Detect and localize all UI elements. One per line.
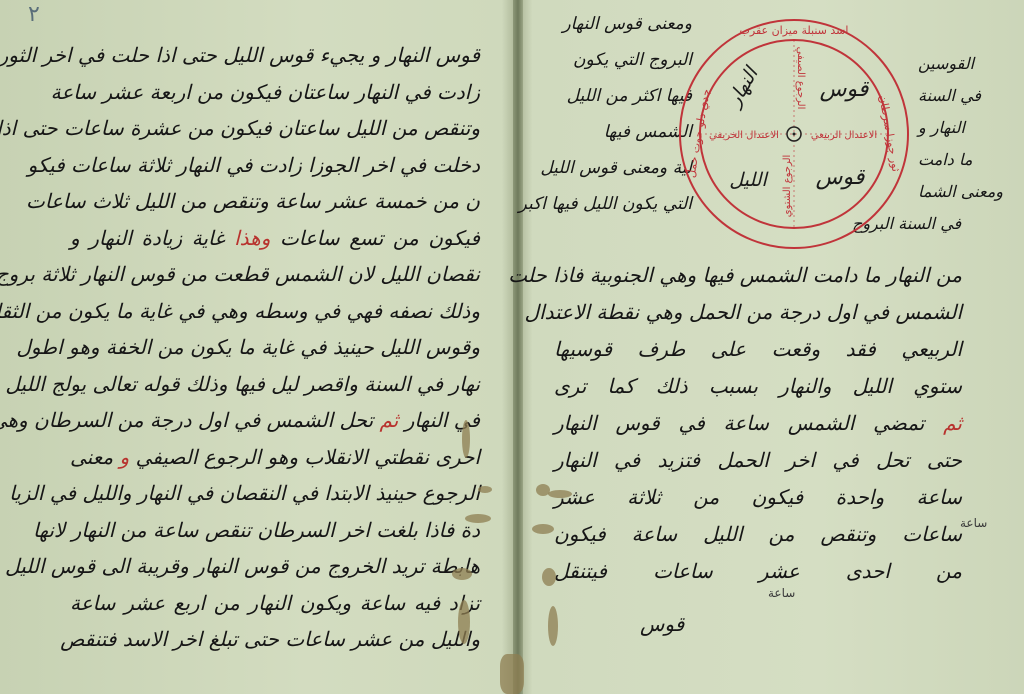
text-line: والليل من عشر ساعات حتى تبلغ اخر الاسد ف… [70,626,480,652]
text-line: احرى نقطتي الانقلاب وهو الرجوع الصيفي و … [70,444,480,470]
ring-text-top: اسد سنبلة ميزان عقرب [740,24,849,37]
text-segment: قوس النهار [562,14,641,34]
diagram-side-text: ما دامت [918,148,972,172]
axis-label-north: الرجوع الصيفي [795,47,806,110]
text-line: ساعات وتنقص من الليل ساعة فيكون [554,521,962,547]
text-line: البروج التي يكون [542,48,692,72]
text-line: حتى تحل في اخر الحمل فتزيد في النهار [554,447,962,473]
text-segment: من احدى عشر ساعات فيتنقل [554,559,962,583]
left-page: ٢ قوس النهار و يجيء قوس الليل حتى اذا حل… [0,0,515,694]
text-segment: ساعة واحدة فيكون من ثلاثة عشر [554,485,962,509]
text-segment: الرجوع حينيذ الابتدا في النقصان في النها… [9,481,480,505]
text-segment: الشمس في اول درجة من الحمل وهي نقطة الاع… [525,300,962,324]
text-line: زادت في النهار ساعتان فيكون من اربعة عشر… [70,79,480,105]
folio-number: ٢ [28,2,40,27]
text-segment: قوس النهار و يجيء قوس الليل حتى اذا حلت … [0,43,480,67]
text-segment: نقصان الليل لان الشمس قطعت من قوس النهار… [0,262,480,286]
text-line: وذلك نصفه فهي في وسطه وهي في غاية ما يكو… [70,298,480,324]
quadrant-label: قوس [820,77,870,102]
text-segment: ستوي الليل والنهار بسبب ذلك كما ترى [554,374,962,398]
text-line: ستوي الليل والنهار بسبب ذلك كما ترى [554,373,962,399]
margin-note: ساعة [768,586,795,600]
text-segment: ن من خمسة عشر ساعة وتنقص من الليل ثلاث س… [26,189,480,213]
text-segment: هابطة تريد الخروج من قوس النهار وقريبة ا… [5,554,480,578]
text-segment: معنى [70,445,113,469]
text-segment: وذلك نصفه فهي في وسطه وهي في غاية ما يكو… [0,299,480,323]
margin-note: ساعة [960,516,987,530]
quadrant-label: النهار [722,62,764,112]
quadrant-label: قوس [816,165,866,190]
text-segment: حتى تحل في اخر الحمل فتزيد في النهار [554,448,962,472]
text-line: هابطة تريد الخروج من قوس النهار وقريبة ا… [70,553,480,579]
axis-label-south: الرجوع الشتوي [782,155,793,218]
text-line: الربيعي فقد وقعت على طرف قوسيها [554,336,962,362]
text-line: نهار في السنة واقصر ليل فيها وذلك قوله ت… [70,371,480,397]
axis-label-west: الاعتدال الخريفي [709,130,779,141]
rubric-word: ومعنى [622,158,667,178]
text-segment: وقوس الليل حينيذ في غاية ما يكون من الخف… [16,335,480,359]
solar-arc-circle-diagram: قوس النهار الليل قوس الاعتدال الربيعي ال… [676,16,912,252]
ring-text-right: ثور جوزا سرطان [876,94,902,172]
text-line: التي يكون الليل فيها اكبر [542,192,692,216]
text-segment: الربيعي فقد وقعت على طرف قوسيها [554,337,962,361]
text-segment: وتنقص من الليل ساعتان فيكون من عشرة ساعا… [0,116,480,140]
rubric-word: ثم [943,411,962,435]
text-line: ومعنى قوس النهار [542,12,692,36]
text-line: فيكون من تسع ساعات وهذا غاية زيادة النها… [70,225,480,251]
text-line: وقوس الليل حينيذ في غاية ما يكون من الخف… [70,334,480,360]
text-line: وتنقص من الليل ساعتان فيكون من عشرة ساعا… [70,115,480,141]
diagram-side-text: النهار و [918,116,965,140]
text-line: الشمس فيها [542,120,692,144]
text-segment: نهار في السنة واقصر ليل فيها وذلك قوله ت… [5,372,480,396]
text-segment: التي يكون الليل فيها اكبر [519,194,692,214]
text-segment: قوس الليل [540,158,617,178]
text-line: ن من خمسة عشر ساعة وتنقص من الليل ثلاث س… [70,188,480,214]
text-line: تزاد فيه ساعة ويكون النهار من اربع عشر س… [70,590,480,616]
quadrant-label: الليل [729,169,769,191]
text-segment: دخلت في اخر الجوزا زادت في النهار ثلاثة … [28,153,480,177]
rubric-word: ثم [380,408,399,432]
catchword: قوس [640,612,684,636]
text-line: قوس النهار و يجيء قوس الليل حتى اذا حلت … [70,42,480,68]
axis-label-east: الاعتدال الربيعي [811,130,877,141]
rubric-word: وهذا [234,226,270,250]
text-line: من النهار ما دامت الشمس فيها وهي الجنوبي… [554,262,962,288]
text-line: الشمس في اول درجة من الحمل وهي نقطة الاع… [554,299,962,325]
text-line: نقصان الليل لان الشمس قطعت من قوس النهار… [70,261,480,287]
manuscript-spread: ٢ قوس النهار و يجيء قوس الليل حتى اذا حل… [0,0,1024,694]
text-segment: فيها اكثر من الليل [567,86,692,106]
rubric-word: و [119,445,129,469]
text-segment: ساعات وتنقص من الليل ساعة فيكون [554,522,962,546]
diagram-side-text: القوسين [918,52,974,76]
text-segment: احرى نقطتي الانقلاب وهو الرجوع الصيفي [136,445,480,469]
text-line: ثم تمضي الشمس ساعة في قوس النهار [554,410,962,436]
text-segment: زادت في النهار ساعتان فيكون من اربعة عشر… [51,80,480,104]
text-segment: تزاد فيه ساعة ويكون النهار من اربع عشر س… [70,591,480,615]
text-segment: دة فاذا بلغت اخر السرطان تنقص ساعة من ال… [33,518,480,542]
text-line: ساعة واحدة فيكون من ثلاثة عشر [554,484,962,510]
text-line: دخلت في اخر الجوزا زادت في النهار ثلاثة … [70,152,480,178]
text-segment: تمضي الشمس ساعة في قوس النهار [554,411,924,435]
text-line: دة فاذا بلغت اخر السرطان تنقص ساعة من ال… [70,517,480,543]
text-line: في النهار ثم تحل الشمس في اول درجة من ال… [70,407,480,433]
diagram-side-text: ومعنى الشما [918,180,1003,204]
text-segment: البروج التي يكون [573,50,692,70]
text-line: لية ومعنى قوس الليل [542,156,692,180]
text-line: الرجوع حينيذ الابتدا في النقصان في النها… [70,480,480,506]
text-segment: من النهار ما دامت الشمس فيها وهي الجنوبي… [508,263,962,287]
text-line: من احدى عشر ساعات فيتنقل [554,558,962,584]
text-segment: فيكون من تسع ساعات [280,226,480,250]
text-line: فيها اكثر من الليل [542,84,692,108]
diagram-side-text: في السنة [918,84,981,108]
text-segment: والليل من عشر ساعات حتى تبلغ اخر الاسد ف… [60,627,480,651]
text-segment: تحل الشمس في اول درجة من السرطان وهي [0,408,373,432]
text-segment: غاية زيادة النهار و [70,226,225,250]
